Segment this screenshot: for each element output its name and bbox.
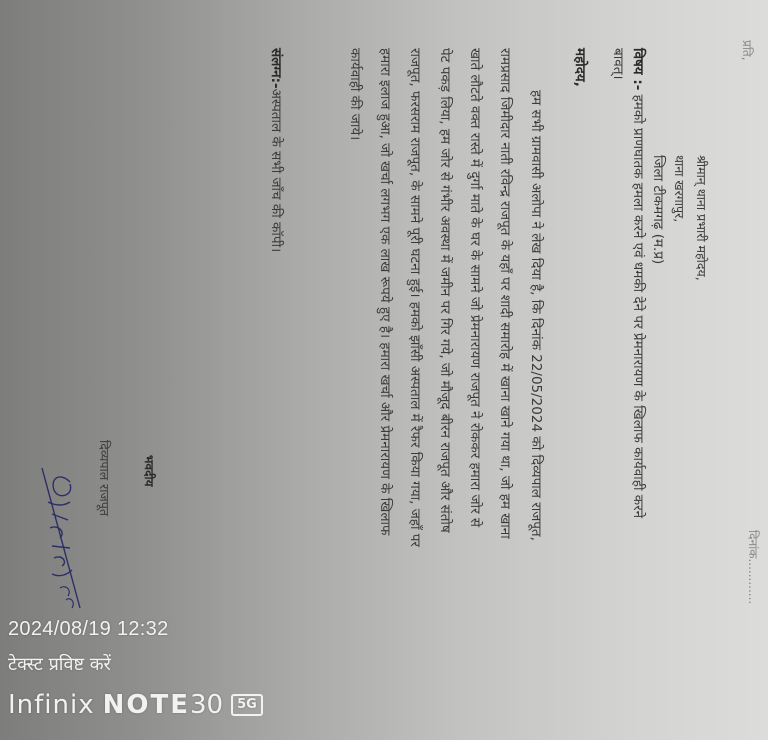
- body-line-3: खाते लौटते वक्त रास्ते में दुर्गा माते क…: [467, 48, 485, 527]
- body-line-2: रामप्रसाद जिमीदार नाती रविन्द्र राजपूत क…: [497, 48, 515, 539]
- salutation: महोदय,: [572, 48, 590, 87]
- subject-label: विषय :-: [630, 48, 646, 90]
- attachment-text: अस्पताल के सभी जाँच की कॉपी।: [268, 89, 284, 253]
- model-number: 30: [190, 690, 223, 720]
- addressee-line-2: थाना खरगापुर,: [671, 155, 688, 222]
- body-line-5: राजपूत, फरसराम राजपूत, के सामने पूरी घटन…: [407, 48, 425, 547]
- signatory-name: दिव्यपाल राजपूत: [96, 440, 113, 516]
- body-line-6: हमारा इलाज हुआ, जो खर्चा लगभग एक लाख रूप…: [377, 48, 395, 535]
- attachment-label: संलग्न:-: [268, 48, 284, 89]
- attachment: संलग्न:-अस्पताल के सभी जाँच की कॉपी।: [268, 48, 286, 252]
- subject-line-1: हमको प्राणघातक हमला करने एवं धमकी देने प…: [630, 95, 646, 518]
- body-line-7: कार्यवाही की जाये।: [347, 48, 365, 140]
- date-label: दिनांक............: [745, 530, 762, 604]
- closing: भवदीय: [141, 455, 158, 487]
- brand-name: Infinix: [8, 690, 95, 720]
- subject-line-2: बावत्।: [610, 48, 628, 80]
- model-name: NOTE: [103, 690, 190, 720]
- addressee-line-1: श्रीमान् थाना प्रभारी महोदय,: [693, 155, 710, 281]
- to-label: प्रति,: [739, 40, 756, 61]
- device-brand-watermark: Infinix NOTE30 5G: [8, 690, 263, 720]
- body-line-4: पेट पकड़ लिया, हम जोर से गंभीर अवस्था मे…: [437, 48, 455, 533]
- addressee-line-3: जिला टीकमगढ़ (म.प्र): [650, 155, 668, 264]
- timestamp-watermark: 2024/08/19 12:32: [8, 618, 169, 641]
- body-line-1: हम सभी ग्रामवासी अलोपा ने लेख दिया है, क…: [528, 90, 546, 541]
- signature: [30, 462, 86, 612]
- network-badge: 5G: [231, 694, 263, 716]
- text-entry-prompt: टेक्स्ट प्रविष्ट करें: [8, 652, 111, 676]
- subject: विषय :- हमको प्राणघातक हमला करने एवं धमक…: [630, 48, 648, 518]
